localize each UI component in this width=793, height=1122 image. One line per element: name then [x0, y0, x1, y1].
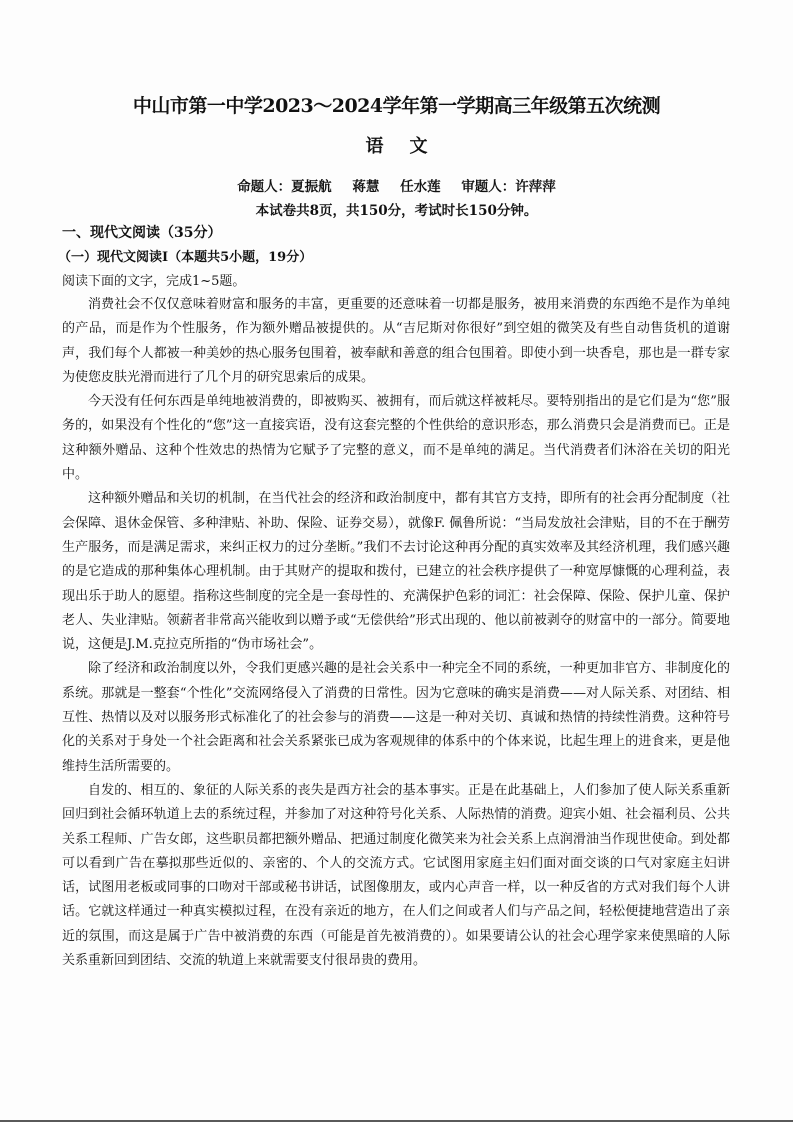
subsection-heading: （一）现代文阅读Ⅰ（本题共5小题，19分） — [58, 246, 312, 265]
subject-title: 语文 — [0, 132, 793, 158]
author-third: 任水莲 — [400, 179, 441, 195]
exam-title: 中山市第一中学2023～2024学年第一学期高三年级第五次统测 — [0, 91, 793, 118]
subject-char-2: 文 — [410, 132, 428, 158]
reading-instruction: 阅读下面的文字，完成1~5题。 — [62, 270, 245, 289]
author-primary: 命题人：夏振航 — [237, 179, 332, 195]
reading-passage: 消费社会不仅仅意味着财富和服务的丰富，更重要的还意味着一切都是服务，被用来消费的… — [62, 293, 730, 973]
exam-info: 本试卷共8页，共150分，考试时长150分钟。 — [0, 199, 793, 219]
subject-char-1: 语 — [366, 132, 384, 158]
reviewer: 审题人：许萍萍 — [461, 179, 556, 195]
passage-paragraph-1: 消费社会不仅仅意味着财富和服务的丰富，更重要的还意味着一切都是服务，被用来消费的… — [62, 293, 730, 390]
authors-line: 命题人：夏振航 蒋慧 任水莲 审题人：许萍萍 — [0, 175, 793, 195]
author-second: 蒋慧 — [352, 179, 379, 195]
passage-paragraph-5: 自发的、相互的、象征的人际关系的丧失是西方社会的基本事实。正是在此基础上，人们参… — [62, 779, 730, 973]
passage-paragraph-2: 今天没有任何东西是单纯地被消费的，即被购买、被拥有，而后就这样被耗尽。要特别指出… — [62, 390, 730, 487]
passage-paragraph-4: 除了经济和政治制度以外，令我们更感兴趣的是社会关系中一种完全不同的系统，一种更加… — [62, 657, 730, 778]
section-heading: 一、现代文阅读（35分） — [62, 222, 221, 242]
passage-paragraph-3: 这种额外赠品和关切的机制，在当代社会的经济和政治制度中，都有其官方支持，即所有的… — [62, 487, 730, 657]
exam-page: 中山市第一中学2023～2024学年第一学期高三年级第五次统测 语文 命题人：夏… — [0, 0, 793, 1122]
